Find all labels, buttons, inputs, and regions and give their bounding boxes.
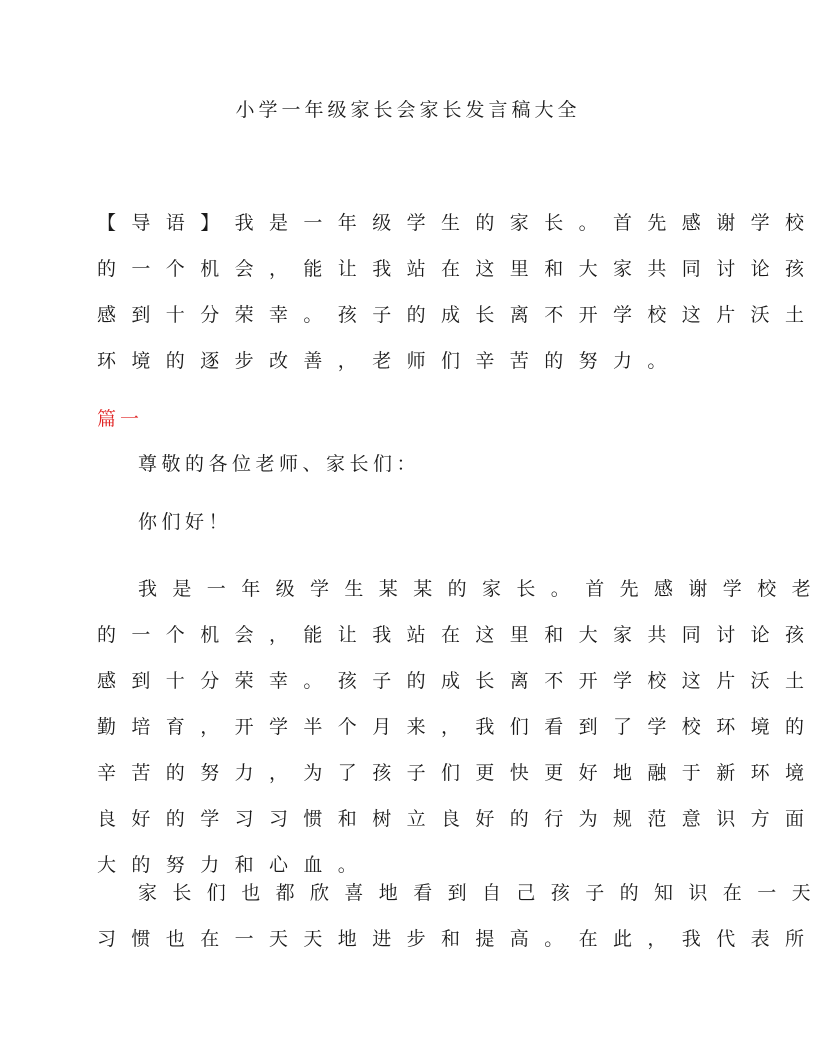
section-heading: 篇一: [97, 405, 143, 433]
document-title: 小学一年级家长会家长发言稿大全: [0, 96, 816, 124]
intro-line: 【导语】我是一年级学生的家长。首先感谢学校老师给予我这么好: [97, 200, 721, 246]
paragraph-line: 辛苦的努力，为了孩子们更快更好地融于新环境，以及在培养孩子: [97, 750, 721, 796]
paragraph-line: 家长们也都欣喜地看到自己孩子的知识在一天天增长，学习的: [97, 870, 721, 916]
body-paragraph-1: 我是一年级学生某某的家长。首先感谢学校老师给予我这么好 的一个机会，能让我站在这…: [97, 566, 721, 888]
body-paragraph-2: 家长们也都欣喜地看到自己孩子的知识在一天天增长，学习的 习惯也在一天天地进步和提…: [97, 870, 721, 962]
intro-paragraph: 【导语】我是一年级学生的家长。首先感谢学校老师给予我这么好 的一个机会，能让我站…: [97, 200, 721, 384]
paragraph-line: 良好的学习习惯和树立良好的行为规范意识方面，老师们付出了巨: [97, 796, 721, 842]
paragraph-line: 感到十分荣幸。孩子的成长离不开学校这片沃土，离不开园丁的辛: [97, 658, 721, 704]
paragraph-line: 习惯也在一天天地进步和提高。在此，我代表所有学生家长向各位: [97, 916, 721, 962]
document-page: 小学一年级家长会家长发言稿大全 【导语】我是一年级学生的家长。首先感谢学校老师给…: [0, 0, 816, 1056]
intro-line: 环境的逐步改善，老师们辛苦的努力。: [97, 338, 721, 384]
intro-line: 的一个机会，能让我站在这里和大家共同讨论孩子的成长教育，我: [97, 246, 721, 292]
salutation: 尊敬的各位老师、家长们：: [138, 450, 420, 478]
paragraph-line: 我是一年级学生某某的家长。首先感谢学校老师给予我这么好: [97, 566, 721, 612]
paragraph-line: 的一个机会，能让我站在这里和大家共同讨论孩子的成长教育，我: [97, 612, 721, 658]
greeting: 你们好！: [138, 508, 232, 536]
intro-line: 感到十分荣幸。孩子的成长离不开学校这片沃土，我们看到了学校: [97, 292, 721, 338]
paragraph-line: 勤培育，开学半个月来，我们看到了学校环境的逐步改善，老师们: [97, 704, 721, 750]
